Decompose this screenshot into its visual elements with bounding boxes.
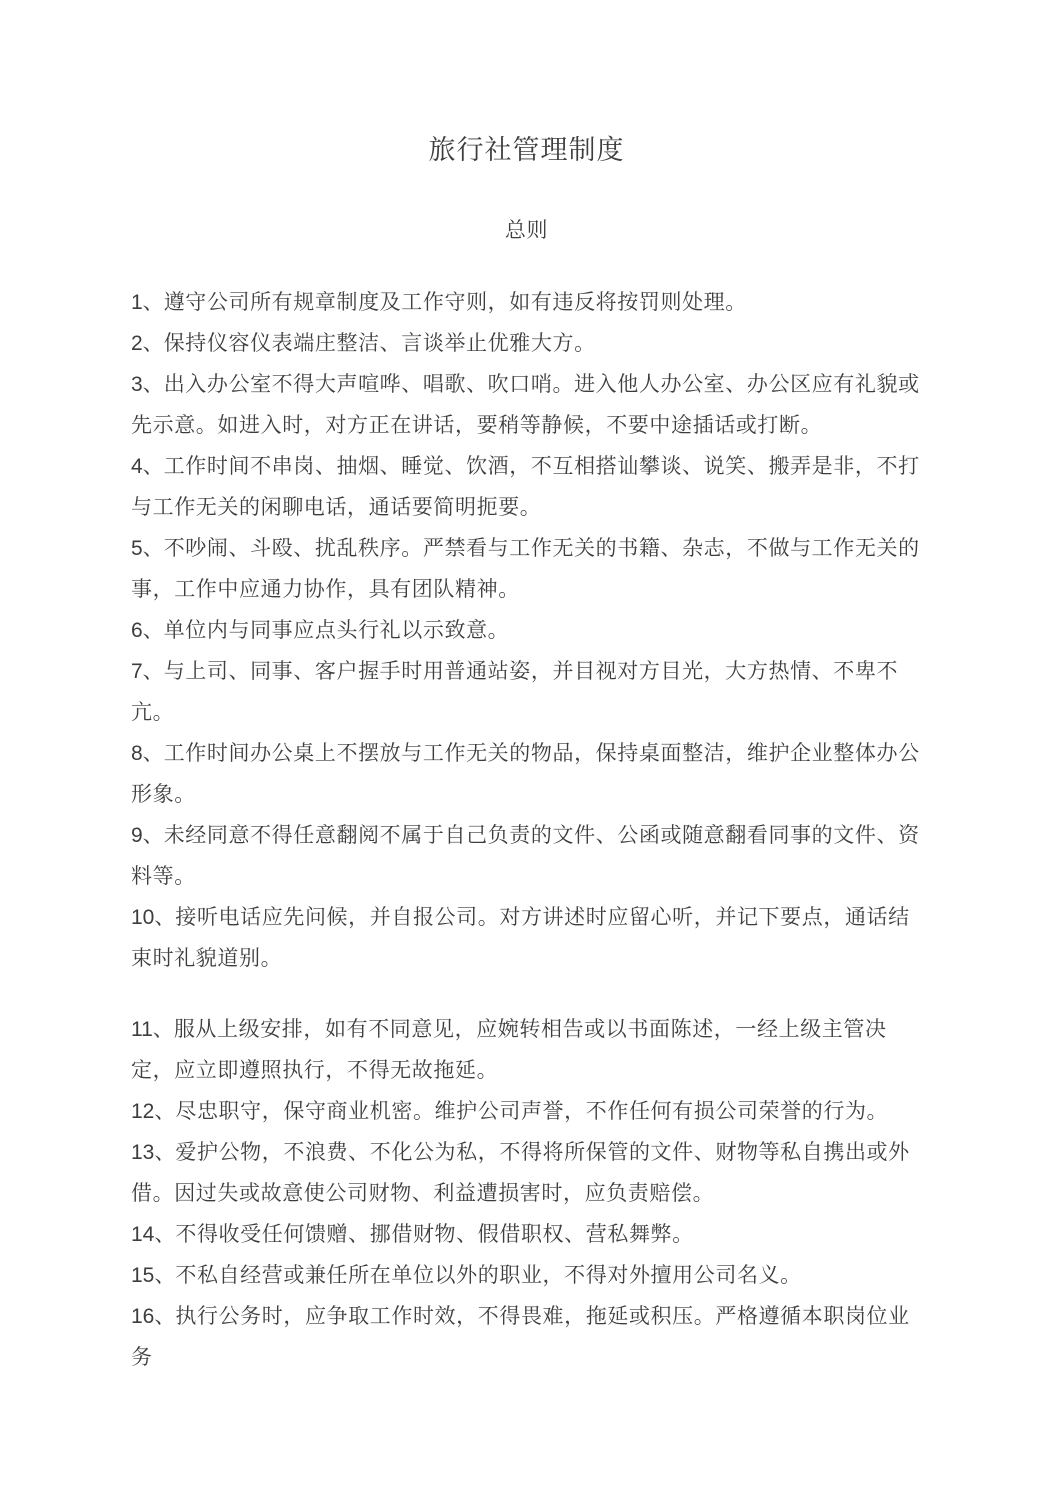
rule-item-8: 8、工作时间办公桌上不摆放与工作无关的物品，保持桌面整洁，维护企业整体办公形象。 (131, 733, 922, 815)
document-title: 旅行社管理制度 (131, 130, 922, 170)
document-subtitle: 总则 (131, 216, 922, 246)
rule-text: 遵守公司所有规章制度及工作守则，如有违反将按罚则处理。 (164, 291, 747, 314)
rule-text: 不吵闹、斗殴、扰乱秩序。严禁看与工作无关的书籍、杂志，不做与工作无关的事，工作中… (131, 537, 920, 601)
rule-text: 出入办公室不得大声喧哗、唱歌、吹口哨。进入他人办公室、办公区应有礼貌或先示意。如… (131, 373, 920, 437)
rule-item-1: 1、遵守公司所有规章制度及工作守则，如有违反将按罚则处理。 (131, 282, 922, 323)
rule-number: 8、 (131, 742, 164, 765)
rule-number: 4、 (131, 455, 164, 478)
rule-item-6: 6、单位内与同事应点头行礼以示致意。 (131, 610, 922, 651)
rule-item-16: 16、执行公务时，应争取工作时效，不得畏难，拖延或积压。严格遵循本职岗位业务 (131, 1296, 922, 1378)
rule-number: 5、 (131, 537, 164, 560)
rule-item-12: 12、尽忠职守，保守商业机密。维护公司声誉，不作任何有损公司荣誉的行为。 (131, 1091, 922, 1132)
rule-item-4: 4、工作时间不串岗、抽烟、睡觉、饮酒，不互相搭讪攀谈、说笑、搬弄是非，不打与工作… (131, 446, 922, 528)
rule-text: 单位内与同事应点头行礼以示致意。 (164, 619, 510, 642)
rule-text: 工作时间不串岗、抽烟、睡觉、饮酒，不互相搭讪攀谈、说笑、搬弄是非，不打与工作无关… (131, 455, 920, 519)
rule-number: 3、 (131, 373, 164, 396)
rule-item-9: 9、未经同意不得任意翻阅不属于自己负责的文件、公函或随意翻看同事的文件、资料等。 (131, 815, 922, 897)
rule-item-10: 10、接听电话应先问候，并自报公司。对方讲述时应留心听，并记下要点，通话结束时礼… (131, 897, 922, 979)
rule-number: 12、 (131, 1100, 175, 1123)
rule-item-2: 2、保持仪容仪表端庄整洁、言谈举止优雅大方。 (131, 323, 922, 364)
rule-number: 9、 (131, 824, 164, 847)
rules-list: 1、遵守公司所有规章制度及工作守则，如有违反将按罚则处理。 2、保持仪容仪表端庄… (131, 282, 922, 1378)
rule-number: 16、 (131, 1305, 175, 1328)
rule-number: 11、 (131, 1018, 174, 1041)
rule-text: 不得收受任何馈赠、挪借财物、假借职权、营私舞弊。 (175, 1223, 693, 1246)
document-page: 旅行社管理制度 总则 1、遵守公司所有规章制度及工作守则，如有违反将按罚则处理。… (0, 0, 1059, 1497)
rule-item-3: 3、出入办公室不得大声喧哗、唱歌、吹口哨。进入他人办公室、办公区应有礼貌或先示意… (131, 364, 922, 446)
rule-text: 服从上级安排，如有不同意见，应婉转相告或以书面陈述，一经上级主管决定，应立即遵照… (131, 1018, 887, 1082)
rule-text: 保持仪容仪表端庄整洁、言谈举止优雅大方。 (164, 332, 596, 355)
paragraph-gap (131, 979, 922, 1009)
rule-text: 不私自经营或兼任所在单位以外的职业，不得对外擅用公司名义。 (175, 1264, 801, 1287)
rule-item-14: 14、不得收受任何馈赠、挪借财物、假借职权、营私舞弊。 (131, 1214, 922, 1255)
rule-text: 爱护公物，不浪费、不化公为私，不得将所保管的文件、财物等私自携出或外借。因过失或… (131, 1141, 910, 1205)
rule-text: 执行公务时，应争取工作时效，不得畏难，拖延或积压。严格遵循本职岗位业务 (131, 1305, 910, 1369)
rule-text: 接听电话应先问候，并自报公司。对方讲述时应留心听，并记下要点，通话结束时礼貌道别… (131, 906, 910, 970)
rule-number: 10、 (131, 906, 175, 929)
rule-text: 尽忠职守，保守商业机密。维护公司声誉，不作任何有损公司荣誉的行为。 (175, 1100, 888, 1123)
rule-item-7: 7、与上司、同事、客户握手时用普通站姿，并目视对方目光，大方热情、不卑不亢。 (131, 651, 922, 733)
rule-number: 13、 (131, 1141, 175, 1164)
rule-number: 15、 (131, 1264, 175, 1287)
rule-number: 1、 (131, 291, 164, 314)
rule-text: 工作时间办公桌上不摆放与工作无关的物品，保持桌面整洁，维护企业整体办公形象。 (131, 742, 920, 806)
rule-item-15: 15、不私自经营或兼任所在单位以外的职业，不得对外擅用公司名义。 (131, 1255, 922, 1296)
rule-item-5: 5、不吵闹、斗殴、扰乱秩序。严禁看与工作无关的书籍、杂志，不做与工作无关的事，工… (131, 528, 922, 610)
rule-number: 14、 (131, 1223, 175, 1246)
rule-number: 7、 (131, 660, 164, 683)
rule-number: 2、 (131, 332, 164, 355)
rule-number: 6、 (131, 619, 164, 642)
rule-text: 与上司、同事、客户握手时用普通站姿，并目视对方目光，大方热情、不卑不亢。 (131, 660, 898, 724)
rule-item-11: 11、服从上级安排，如有不同意见，应婉转相告或以书面陈述，一经上级主管决定，应立… (131, 1009, 922, 1091)
rule-text: 未经同意不得任意翻阅不属于自己负责的文件、公函或随意翻看同事的文件、资料等。 (131, 824, 920, 888)
rule-item-13: 13、爱护公物，不浪费、不化公为私，不得将所保管的文件、财物等私自携出或外借。因… (131, 1132, 922, 1214)
